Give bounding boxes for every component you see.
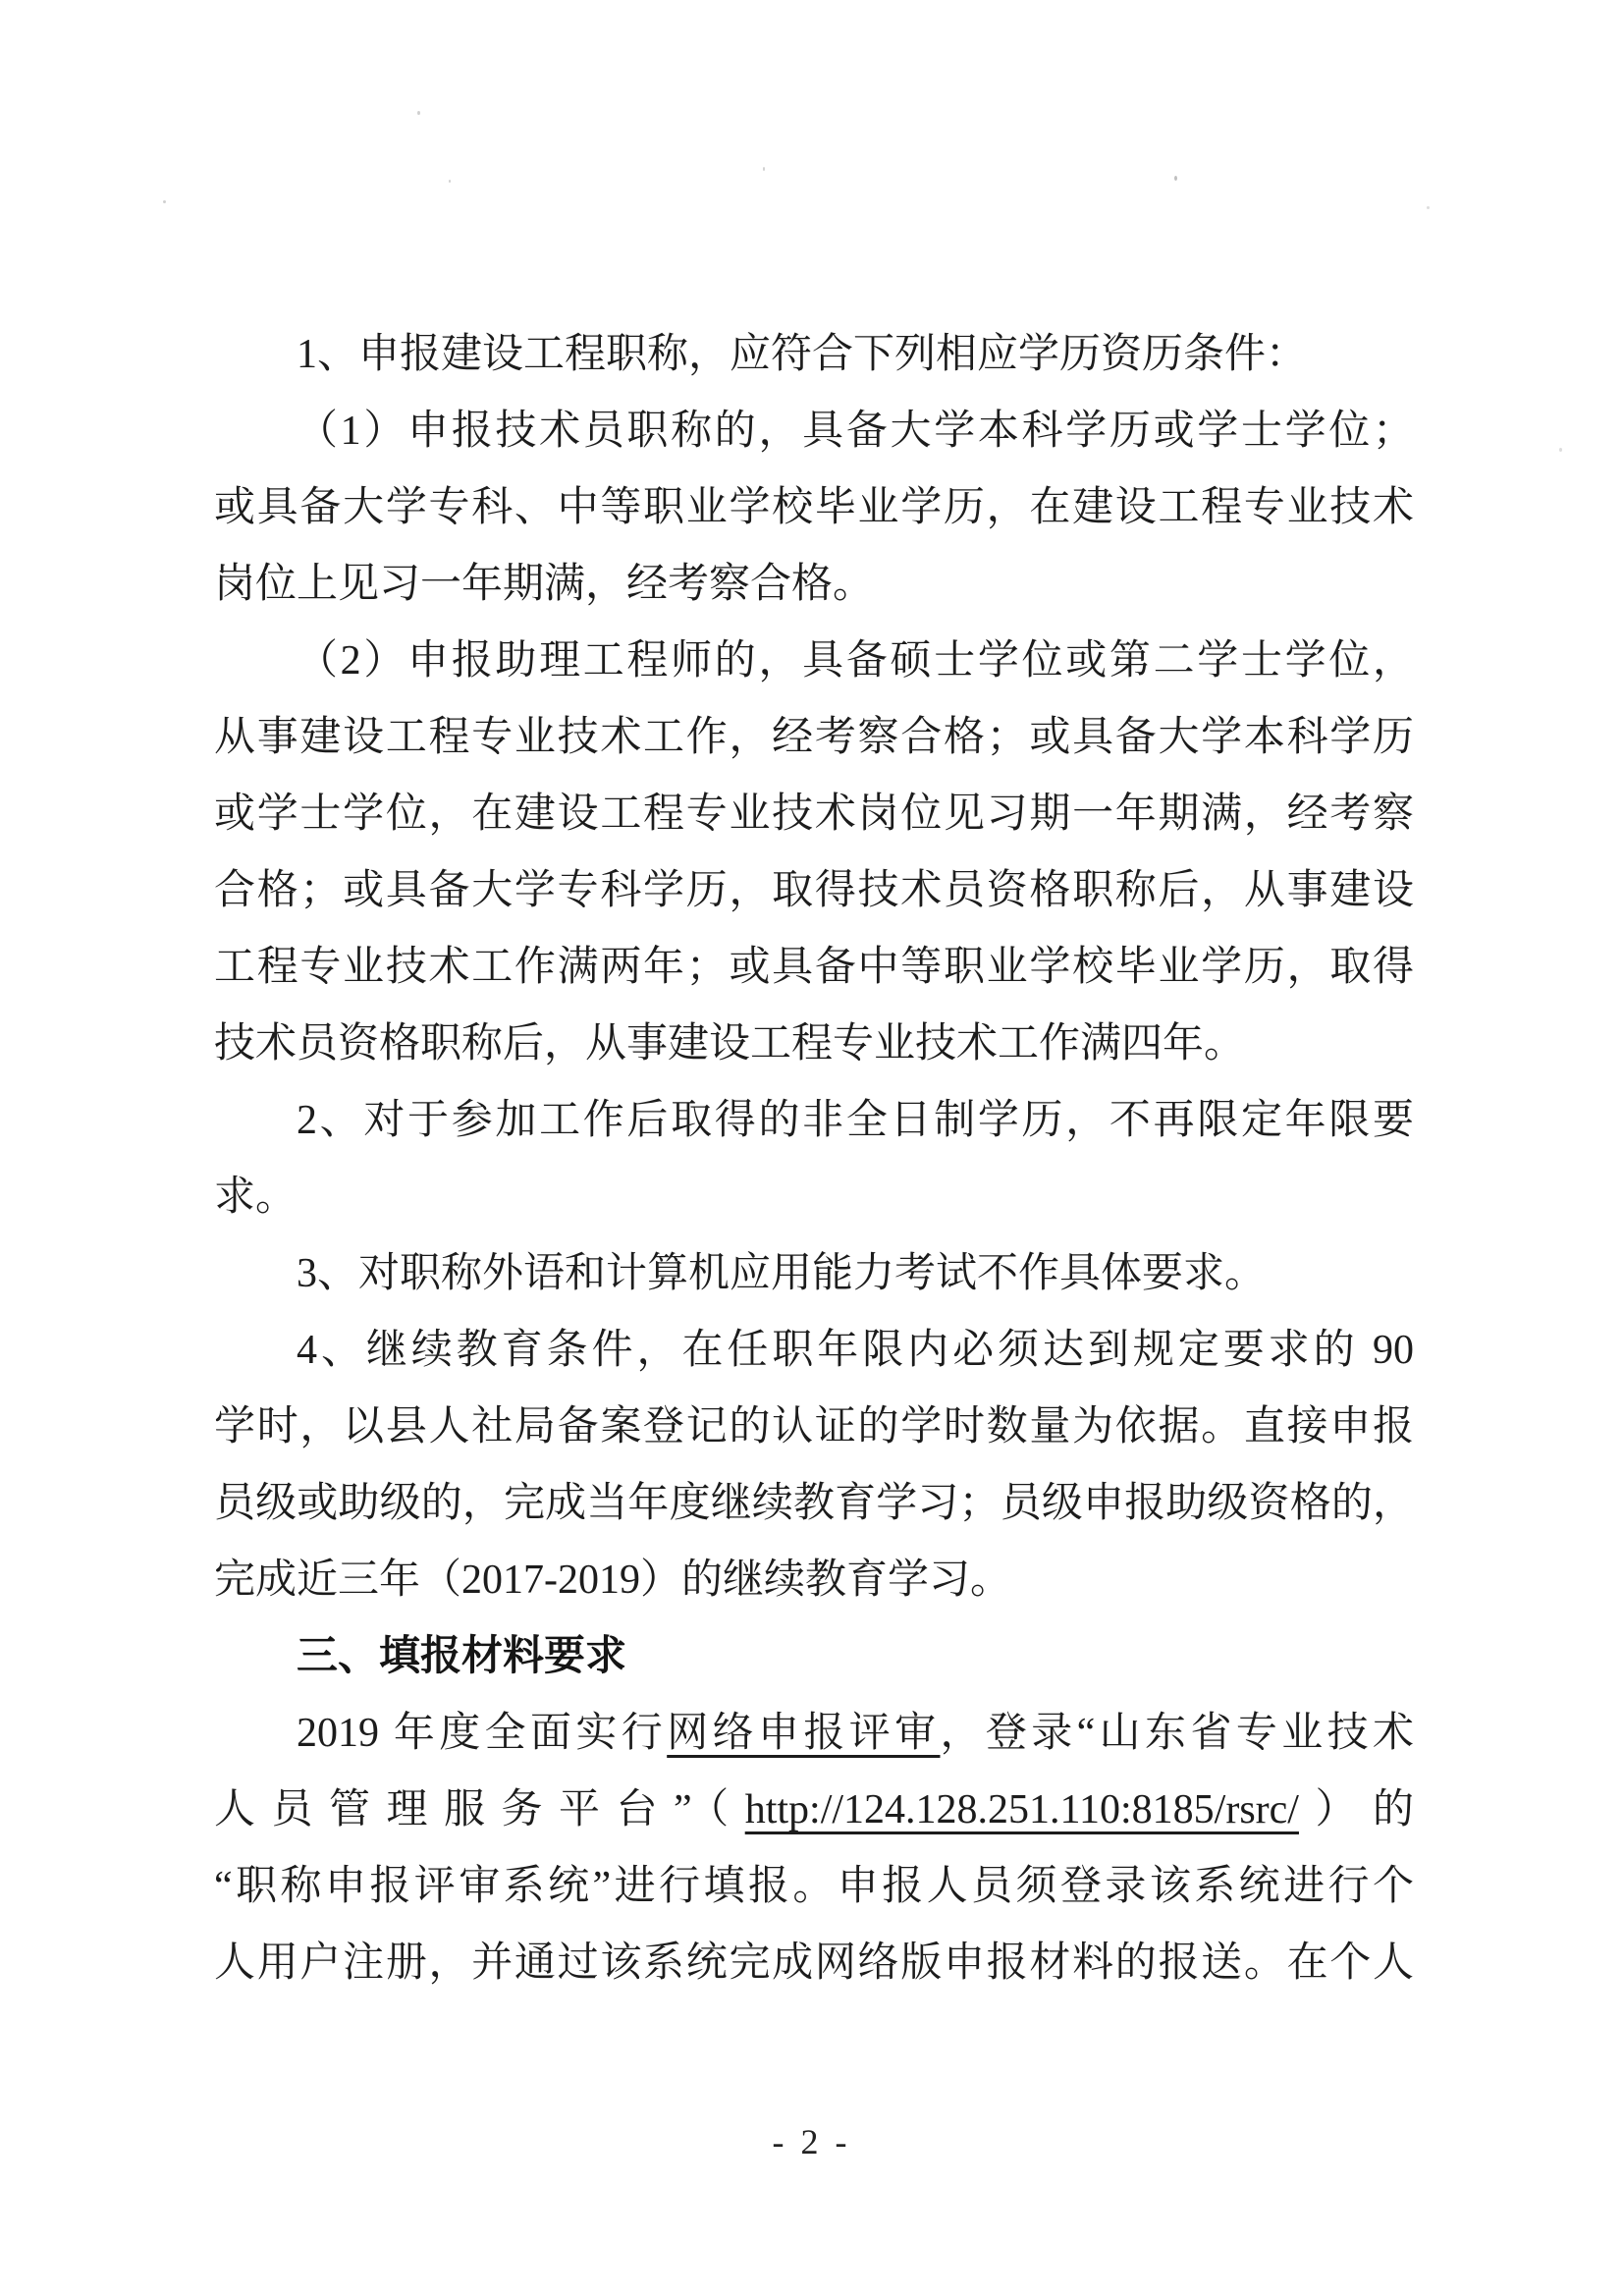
text-run: 完成近三年（2017-2019）的继续教育学习。: [214, 1558, 1011, 1603]
text-run: 人员管理服务平台”（: [214, 1787, 745, 1832]
text-run: 或具备大学专科、中等职业学校毕业学历，在建设工程专业技术: [214, 485, 1414, 530]
scan-speck: [417, 111, 420, 115]
text-run: 2、对于参加工作后取得的非全日制学历，不再限定年限要: [297, 1098, 1414, 1143]
scan-speck: [1559, 448, 1562, 452]
text-run: 求。: [214, 1175, 297, 1220]
text-run: 2019 年度全面实行: [297, 1711, 667, 1756]
text-line: 从事建设工程专业技术工作，经考察合格；或具备大学本科学历: [214, 699, 1414, 776]
scanned-document-page: 1、申报建设工程职称，应符合下列相应学历资历条件：（1）申报技术员职称的，具备大…: [0, 0, 1623, 2296]
text-run: （2）申报助理工程师的，具备硕士学位或第二学士学位，: [297, 638, 1414, 683]
text-run: 或学士学位，在建设工程专业技术岗位见习期一年期满，经考察: [214, 792, 1414, 837]
text-line: 学时，以县人社局备案登记的认证的学时数量为依据。直接申报: [214, 1389, 1414, 1465]
text-line: 4、继续教育条件，在任职年限内必须达到规定要求的 90: [214, 1312, 1414, 1389]
text-line: 员级或助级的，完成当年度继续教育学习；员级申报助级资格的，: [214, 1465, 1414, 1542]
scan-speck: [1174, 176, 1177, 181]
text-run: 技术员资格职称后，从事建设工程专业技术工作满四年。: [214, 1021, 1245, 1066]
text-run: 岗位上见习一年期满，经考察合格。: [214, 562, 874, 607]
section-heading: 三、填报材料要求: [214, 1618, 1414, 1695]
text-line: 或学士学位，在建设工程专业技术岗位见习期一年期满，经考察: [214, 776, 1414, 852]
text-run: ）的: [1299, 1787, 1414, 1832]
underlined-text: 网络申报评审: [667, 1711, 940, 1756]
text-run: 员级或助级的，完成当年度继续教育学习；员级申报助级资格的，: [214, 1481, 1414, 1526]
scan-speck: [763, 167, 765, 171]
text-line: “职称申报评审系统”进行填报。申报人员须登录该系统进行个: [214, 1848, 1414, 1925]
text-run: 工程专业技术工作满两年；或具备中等职业学校毕业学历，取得: [214, 945, 1414, 990]
text-line: 1、申报建设工程职称，应符合下列相应学历资历条件：: [214, 316, 1414, 393]
text-run: 三、填报材料要求: [297, 1634, 626, 1679]
text-run: 学时，以县人社局备案登记的认证的学时数量为依据。直接申报: [214, 1404, 1414, 1449]
text-line: 完成近三年（2017-2019）的继续教育学习。: [214, 1542, 1414, 1618]
page-number: - 2 -: [0, 2121, 1623, 2162]
document-body: 1、申报建设工程职称，应符合下列相应学历资历条件：（1）申报技术员职称的，具备大…: [214, 316, 1414, 2001]
text-run: 合格；或具备大学专科学历，取得技术员资格职称后，从事建设: [214, 868, 1414, 913]
text-run: 人用户注册，并通过该系统完成网络版申报材料的报送。在个人: [214, 1941, 1414, 1986]
text-line: 人员管理服务平台”（http://124.128.251.110:8185/rs…: [214, 1772, 1414, 1848]
text-line: 工程专业技术工作满两年；或具备中等职业学校毕业学历，取得: [214, 929, 1414, 1006]
scan-speck: [449, 180, 451, 183]
text-run: （1）申报技术员职称的，具备大学本科学历或学士学位；: [297, 409, 1414, 454]
text-run: 1、申报建设工程职称，应符合下列相应学历资历条件：: [297, 332, 1307, 377]
text-line: 技术员资格职称后，从事建设工程专业技术工作满四年。: [214, 1006, 1414, 1082]
text-line: 求。: [214, 1159, 1414, 1235]
text-run: 4、继续教育条件，在任职年限内必须达到规定要求的 90: [297, 1328, 1414, 1373]
text-line: 2、对于参加工作后取得的非全日制学历，不再限定年限要: [214, 1082, 1414, 1159]
text-line: 2019 年度全面实行网络申报评审，登录“山东省专业技术: [214, 1695, 1414, 1772]
text-line: （2）申报助理工程师的，具备硕士学位或第二学士学位，: [214, 623, 1414, 699]
underlined-text: http://124.128.251.110:8185/rsrc/: [745, 1787, 1299, 1832]
scan-speck: [163, 200, 166, 203]
text-line: 岗位上见习一年期满，经考察合格。: [214, 546, 1414, 623]
text-line: （1）申报技术员职称的，具备大学本科学历或学士学位；: [214, 393, 1414, 469]
text-run: “职称申报评审系统”进行填报。申报人员须登录该系统进行个: [214, 1864, 1414, 1909]
text-run: 3、对职称外语和计算机应用能力考试不作具体要求。: [297, 1251, 1266, 1296]
scan-speck: [1427, 206, 1430, 209]
text-line: 合格；或具备大学专科学历，取得技术员资格职称后，从事建设: [214, 852, 1414, 929]
text-run: ，登录“山东省专业技术: [941, 1711, 1414, 1756]
text-line: 人用户注册，并通过该系统完成网络版申报材料的报送。在个人: [214, 1925, 1414, 2001]
text-run: 从事建设工程专业技术工作，经考察合格；或具备大学本科学历: [214, 715, 1414, 760]
text-line: 3、对职称外语和计算机应用能力考试不作具体要求。: [214, 1235, 1414, 1312]
text-line: 或具备大学专科、中等职业学校毕业学历，在建设工程专业技术: [214, 469, 1414, 546]
